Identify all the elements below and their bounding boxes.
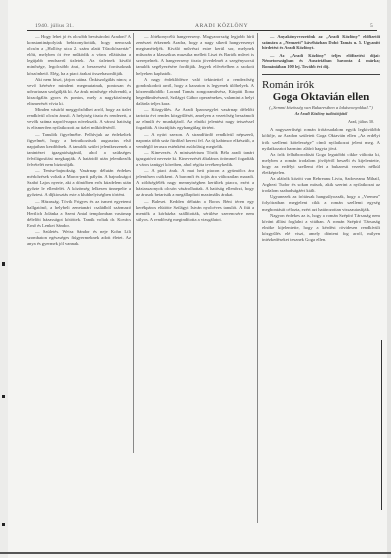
article-paragraph: Nagyon érdekes az is, hogy a román Szépí… xyxy=(262,213,380,243)
newspaper-title: ARADI KÖZLÖNY xyxy=(195,23,248,29)
margin-mark xyxy=(2,262,5,266)
byline: Az Aradi Közlöny tudósítójától xyxy=(262,111,380,117)
column-2: — Jótékonycélú hangverseny. Magyarország… xyxy=(136,34,254,223)
column-3: — Anyakönyvvezetőnk az „Aradi Közlöny” e… xyxy=(262,34,380,243)
article-paragraph: Minden vásárló meggyőződhet arról, hogy … xyxy=(27,107,131,131)
article-paragraph: — Baleset. Kedden délután a Boros Béni t… xyxy=(136,199,254,223)
issue-date: 1940. július 31. xyxy=(35,23,74,29)
article-paragraph: A nagyszerűségi román írótársadalom egyi… xyxy=(262,127,380,151)
publisher-notice: — Anyakönyvvezetőnk az „Aradi Közlöny” e… xyxy=(262,34,380,70)
margin-mark xyxy=(2,523,5,526)
notice-paragraph: — Anyakönyvvezetőnk az „Aradi Közlöny” e… xyxy=(262,34,380,51)
article-paragraph: Az aláírók között van Rebreanu Liviu, Sa… xyxy=(262,176,380,194)
box-border xyxy=(381,340,382,510)
article-paragraph: — Kinevezés. A minisztérium Török Béla a… xyxy=(136,150,254,168)
newspaper-page: 1940. július 31. ARADI KÖZLÖNY 5 — Hogy … xyxy=(0,0,391,558)
headline-main: Goga Oktavián ellen xyxy=(262,91,380,104)
article-paragraph: — Házasság. Tövik Frigyes és az ismert e… xyxy=(27,199,131,229)
header-rule xyxy=(27,30,377,31)
page-number: 5 xyxy=(370,23,373,29)
headline-kicker: Román irók xyxy=(262,79,380,91)
headline-subtitle: („Semmi közösség van Bukarestben a lakás… xyxy=(262,105,380,111)
article-paragraph: — Tenisz-bajnokság. Vasárnap délután érd… xyxy=(27,168,131,198)
article-paragraph: — Születés. Weisz Sándor és neje Kohn Li… xyxy=(27,229,131,247)
margin-mark xyxy=(2,395,5,398)
article-paragraph: — Közgyűlés. Az Aradi Iparosegylet vasár… xyxy=(136,107,254,131)
column-divider xyxy=(133,33,134,453)
scan-left-margin xyxy=(0,0,8,558)
article-paragraph: — Tanulók figyelmébe. Felhívjuk az érdek… xyxy=(27,132,131,169)
article-paragraph: A nagy érdeklődésre való tekintettel a r… xyxy=(136,77,254,107)
article-paragraph: — A nyári szezon. A strandfürdő rendkívü… xyxy=(136,132,254,150)
article-paragraph: — Hogy lehet jó és olcsóbb bevásárolni A… xyxy=(27,34,131,77)
dateline: Arad, július 30. xyxy=(262,119,374,125)
page-header: 1940. július 31. ARADI KÖZLÖNY 5 xyxy=(27,20,377,30)
section-rule xyxy=(262,74,380,75)
article-paragraph: Az írók felháborodását Goga legutóbbi ci… xyxy=(262,152,380,176)
article-paragraph: Ugyanezek az írótársak hangsúlyozzák, ho… xyxy=(262,194,380,212)
notice-paragraph: — Az „Aradi Közlöny” teljes előfizetési … xyxy=(262,53,380,70)
column-1: — Hogy lehet jó és olcsóbb bevásárolni A… xyxy=(27,34,131,247)
article-paragraph: — Jótékonycélú hangverseny. Magyarország… xyxy=(136,34,254,77)
column-divider xyxy=(257,33,258,523)
article-paragraph: — A piaci árak. A mai heti piacon a gyüm… xyxy=(136,168,254,198)
page-bottom-edge xyxy=(0,552,391,554)
scan-right-margin xyxy=(387,0,391,558)
article-paragraph: Aki nem hiszi, járjon utána. Önkiszolgál… xyxy=(27,77,131,107)
